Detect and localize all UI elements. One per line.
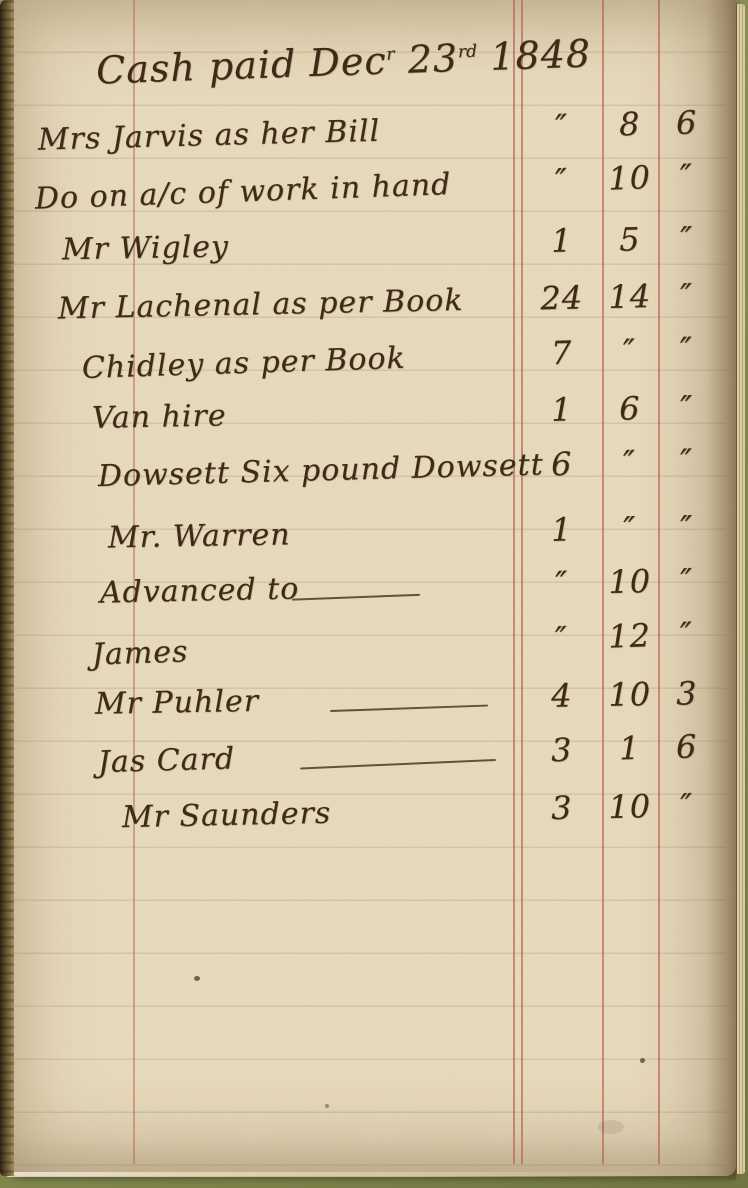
pence-value: ″: [680, 441, 694, 479]
pence-value: ″: [680, 276, 694, 314]
entry-name: Chidley as per Book: [81, 341, 406, 386]
entry-name: Mr Wigley: [62, 229, 230, 267]
book-binding-edge: [0, 0, 14, 1176]
pounds-value: 1: [551, 510, 573, 548]
pounds-value: 1: [551, 221, 573, 259]
ledger-page: Cash paid Decr 23rd 1848 Mrs Jarvis as h…: [0, 0, 736, 1176]
paper-spot: [194, 976, 200, 981]
shillings-value: 1: [619, 729, 641, 768]
paper-spot: [640, 1058, 645, 1063]
shillings-value: ″: [623, 443, 637, 481]
header-day: 23: [394, 36, 459, 82]
entry-name: Van hire: [92, 398, 227, 435]
shillings-value: 10: [608, 562, 652, 601]
page-curve-shadow: [706, 0, 736, 1180]
shillings-value: ″: [623, 332, 637, 370]
pounds-value: 4: [551, 676, 573, 714]
pence-value: ″: [680, 786, 694, 824]
entry-name: Mr Lachenal as per Book: [58, 283, 464, 326]
page-title: Cash paid Decr 23rd 1848: [95, 31, 591, 92]
pence-value: 3: [676, 674, 698, 712]
entry-name: James: [91, 634, 189, 672]
entry-flourish-dash: [300, 759, 496, 770]
pence-value: ″: [680, 219, 694, 257]
ledger-row: Mr Wigley 1 5 ″: [0, 221, 736, 284]
pounds-value: 3: [551, 731, 573, 770]
pence-value: ″: [679, 615, 693, 653]
photo-background: Cash paid Decr 23rd 1848 Mrs Jarvis as h…: [0, 0, 748, 1188]
pounds-value: ″: [555, 564, 569, 602]
ledger-row: Mr Saunders 3 10 ″: [0, 787, 736, 852]
pence-value: ″: [680, 508, 694, 546]
shillings-value: ″: [623, 509, 637, 547]
entry-flourish-dash: [330, 705, 488, 713]
entry-name: Mr Saunders: [122, 796, 332, 835]
pounds-value: 24: [540, 278, 584, 317]
entry-name: Do on a/c of work in hand: [34, 167, 452, 217]
pence-value: ″: [680, 388, 694, 426]
paper-spot: [325, 1104, 329, 1108]
shillings-value: 14: [608, 277, 652, 316]
shillings-value: 10: [608, 675, 651, 714]
header-superscript-rd: rd: [458, 42, 478, 63]
shillings-value: 10: [608, 787, 652, 826]
pence-value: 6: [676, 103, 698, 142]
shillings-value: 10: [608, 158, 652, 197]
pounds-value: ″: [554, 161, 568, 199]
entry-name: Mrs Jarvis as her Bill: [37, 114, 380, 158]
shillings-value: 6: [619, 389, 641, 427]
header-year: 1848: [476, 31, 591, 79]
pounds-value: 1: [551, 390, 573, 428]
pence-value: 6: [676, 727, 698, 766]
pounds-value: 7: [550, 334, 573, 373]
shillings-value: 5: [619, 220, 641, 258]
ledger-row: Dowsett Six pound Dowsett 6 ″ ″: [0, 442, 737, 511]
page-bottom-highlight: [6, 1172, 706, 1177]
pounds-value: 6: [551, 445, 573, 484]
pounds-value: ″: [554, 619, 568, 657]
pounds-value: ″: [555, 107, 569, 145]
header-prefix: Cash paid Dec: [95, 39, 387, 93]
entry-flourish-dash: [292, 594, 420, 601]
entry-name: Mr Puhler: [95, 684, 260, 722]
entry-name: Dowsett Six pound Dowsett: [97, 447, 544, 494]
pence-value: ″: [679, 157, 693, 195]
entry-name: Jas Card: [97, 741, 235, 780]
paper-smudge: [598, 1120, 624, 1134]
shillings-value: 8: [619, 105, 641, 144]
entry-name: Advanced to: [100, 571, 300, 610]
pence-value: ″: [680, 330, 694, 368]
entry-name: Mr. Warren: [108, 517, 291, 555]
pence-value: ″: [680, 561, 694, 599]
page-stack-edge: [736, 4, 745, 1174]
shillings-value: 12: [608, 616, 652, 655]
pounds-value: 3: [551, 789, 573, 827]
